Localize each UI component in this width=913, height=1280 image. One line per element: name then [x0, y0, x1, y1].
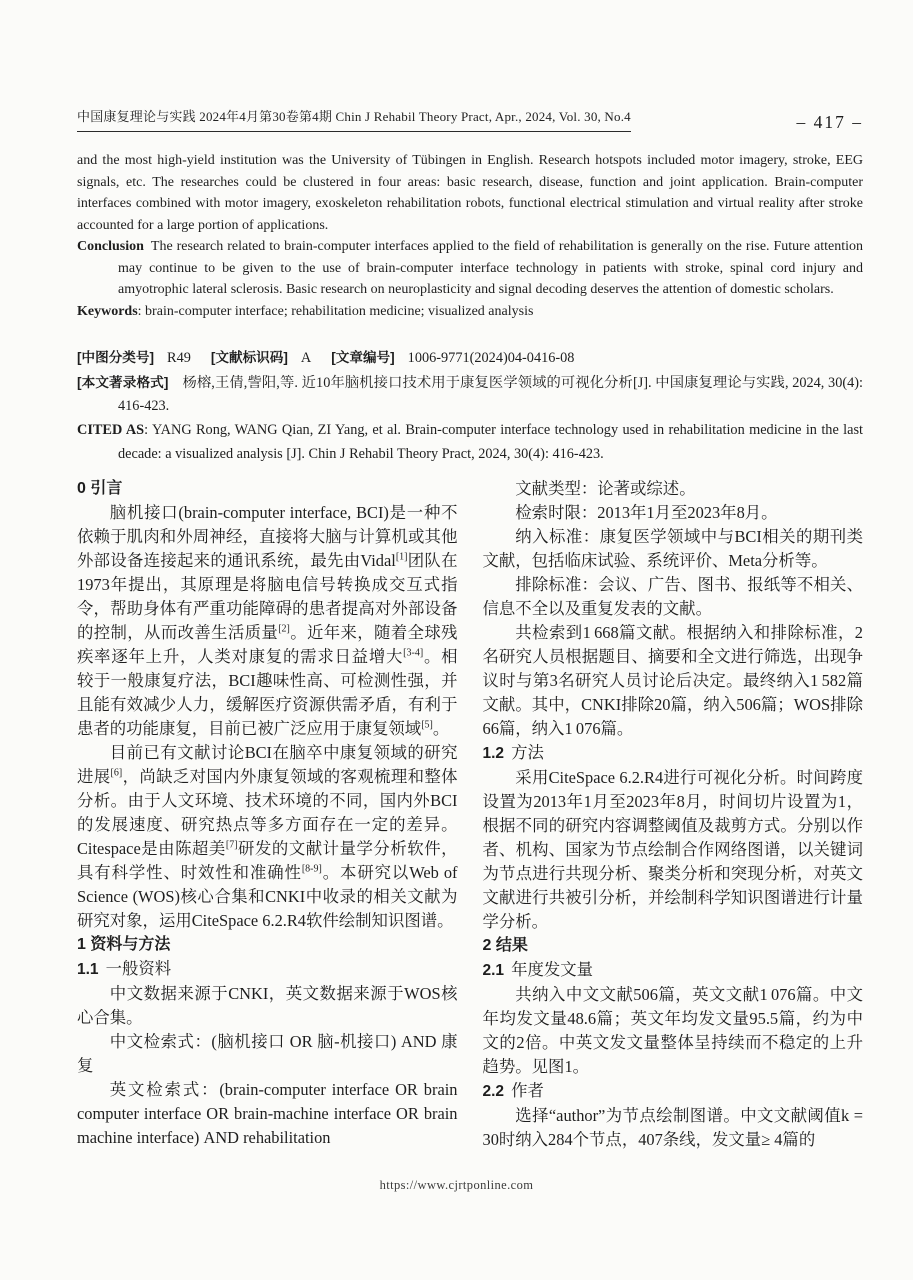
subsection-number: 1.2: [483, 745, 505, 762]
cited-as-paragraph: CITED AS: YANG Rong, WANG Qian, ZI Yang,…: [77, 419, 863, 466]
paragraph-literature-type: 文献类型：论著或综述。: [483, 477, 864, 501]
conclusion-text: The research related to brain-computer i…: [118, 239, 863, 297]
paragraph-inclusion-criteria: 纳入标准：康复医学领域中与BCI相关的期刊类文献，包括临床试验、系统评价、Met…: [483, 525, 864, 573]
subsection-title: 作者: [511, 1081, 544, 1100]
section-heading-results: 2 结果: [483, 934, 864, 958]
article-body: 0 引言 脑机接口(brain-computer interface, BCI)…: [77, 477, 863, 1152]
citation-cn-label: [本文著录格式]: [77, 375, 168, 390]
conclusion-label: Conclusion: [77, 239, 144, 254]
keywords-label: Keywords: [77, 304, 138, 319]
subsection-title: 方法: [511, 743, 544, 762]
subsection-heading-method: 1.2方法: [483, 741, 864, 766]
subsection-number: 2.2: [483, 1083, 505, 1100]
subsection-number: 2.1: [483, 962, 505, 979]
article-no-label: [文章编号]: [331, 350, 394, 365]
paragraph-bci-definition: 脑机接口(brain-computer interface, BCI)是一种不依…: [77, 501, 458, 741]
paragraph-exclusion-criteria: 排除标准：会议、广告、图书、报纸等不相关、信息不全以及重复发表的文献。: [483, 573, 864, 621]
page-number: – 417 –: [797, 112, 864, 133]
page-header: 中国康复理论与实践 2024年4月第30卷第4期 Chin J Rehabil …: [77, 106, 863, 132]
doc-type-value: A: [301, 350, 311, 366]
subsection-title: 一般资料: [106, 959, 172, 978]
footer-url: https://www.cjrtponline.com: [0, 1178, 913, 1193]
doc-type-label: [文献标识码]: [211, 350, 288, 365]
journal-info: 中国康复理论与实践 2024年4月第30卷第4期 Chin J Rehabil …: [77, 106, 631, 132]
keywords-text: : brain-computer interface; rehabilitati…: [138, 304, 534, 319]
keywords-paragraph: Keywords: brain-computer interface; reha…: [77, 301, 863, 323]
paragraph-author-network: 选择“author”为节点绘制图谱。中文文献阈值k = 30时纳入284个节点，…: [483, 1104, 864, 1152]
paragraph-research-gap: 目前已有文献讨论BCI在脑卒中康复领域的研究进展[6]，尚缺乏对国内外康复领域的…: [77, 741, 458, 933]
subsection-number: 1.1: [77, 961, 99, 978]
citation-cn-text: 杨榕,王倩,訾阳,等. 近10年脑机接口技术用于康复医学领域的可视化分析[J].…: [118, 375, 863, 415]
article-no-value: 1006-9771(2024)04-0416-08: [408, 350, 575, 366]
clc-value: R49: [167, 350, 191, 366]
abstract-block: and the most high-yield institution was …: [77, 150, 863, 322]
right-column: 文献类型：论著或综述。 检索时限：2013年1月至2023年8月。 纳入标准：康…: [483, 477, 864, 1152]
conclusion-paragraph: ConclusionThe research related to brain-…: [77, 236, 863, 301]
subsection-title: 年度发文量: [511, 960, 593, 979]
cited-as-label: CITED AS: [77, 422, 144, 438]
paragraph-search-period: 检索时限：2013年1月至2023年8月。: [483, 501, 864, 525]
subsection-heading-annual-publications: 2.1年度发文量: [483, 958, 864, 983]
paragraph-chinese-search-query: 中文检索式：(脑机接口 OR 脑-机接口) AND 康复: [77, 1030, 458, 1078]
section-heading-methods: 1 资料与方法: [77, 933, 458, 957]
abstract-continuation: and the most high-yield institution was …: [77, 150, 863, 236]
meta-block: [中图分类号]R49[文献标识码]A[文章编号]1006-9771(2024)0…: [77, 346, 863, 467]
paragraph-data-sources: 中文数据来源于CNKI，英文数据来源于WOS核心合集。: [77, 982, 458, 1030]
journal-page: 中国康复理论与实践 2024年4月第30卷第4期 Chin J Rehabil …: [0, 0, 913, 1280]
paragraph-publication-counts: 共纳入中文文献506篇，英文文献1 076篇。中文年均发文量48.6篇；英文年均…: [483, 983, 864, 1079]
paragraph-screening-results: 共检索到1 668篇文献。根据纳入和排除标准，2名研究人员根据题目、摘要和全文进…: [483, 621, 864, 741]
classification-line: [中图分类号]R49[文献标识码]A[文章编号]1006-9771(2024)0…: [77, 346, 863, 371]
citation-cn-paragraph: [本文著录格式]杨榕,王倩,訾阳,等. 近10年脑机接口技术用于康复医学领域的可…: [77, 371, 863, 419]
left-column: 0 引言 脑机接口(brain-computer interface, BCI)…: [77, 477, 458, 1152]
subsection-heading-general-data: 1.1一般资料: [77, 957, 458, 982]
clc-label: [中图分类号]: [77, 350, 154, 365]
paragraph-citespace-settings: 采用CiteSpace 6.2.R4进行可视化分析。时间跨度设置为2013年1月…: [483, 766, 864, 934]
paragraph-english-search-query: 英文检索式：(brain-computer interface OR brain…: [77, 1078, 458, 1150]
section-heading-introduction: 0 引言: [77, 477, 458, 501]
subsection-heading-authors: 2.2作者: [483, 1079, 864, 1104]
cited-as-text: : YANG Rong, WANG Qian, ZI Yang, et al. …: [118, 422, 863, 462]
